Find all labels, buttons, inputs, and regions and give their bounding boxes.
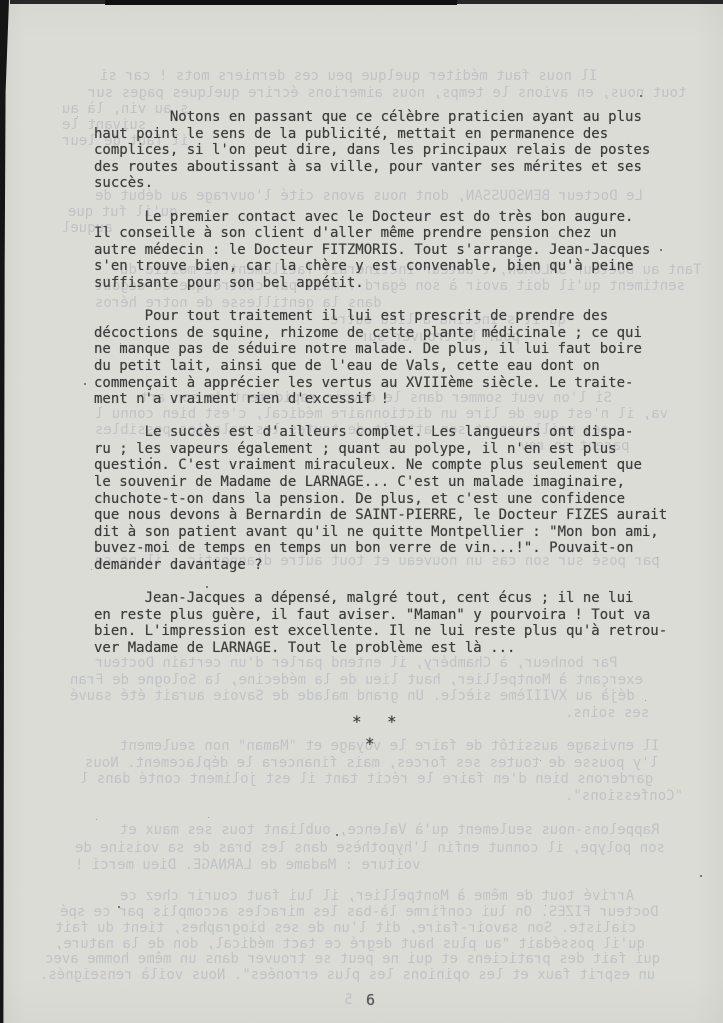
separator-asterisk: * (387, 712, 397, 731)
dust-speck (208, 817, 209, 818)
paragraph-4: Le succès est d'ailleurs complet. Les la… (94, 424, 667, 573)
bleed-through-line: 5 (344, 992, 352, 1009)
bleed-through-line: voiture : Madame de LARNAGE. Dieu merci … (75, 857, 421, 874)
dust-speck (150, 457, 152, 459)
bleed-through-line: exerçant à Montpellier, haut lieu de la … (70, 672, 643, 689)
paragraph-2: Le premier contact avec le Docteur est d… (94, 209, 667, 292)
dust-speck (700, 875, 702, 877)
bleed-through-line: qu'il possédait "au plus haut degré ce t… (55, 936, 645, 953)
bleed-through-line: Arrivé tout de même à Montpellier, il lu… (120, 888, 634, 905)
dust-speck (84, 383, 86, 385)
separator-asterisk: * (352, 712, 362, 731)
paragraph-5: Jean-Jacques a dépensé, malgré tout, cen… (94, 590, 667, 656)
paragraph-3: Pour tout traitement il lui est prescrit… (94, 308, 667, 408)
scan-border-left (0, 0, 9, 1023)
dust-speck (120, 343, 121, 344)
dust-speck (657, 557, 658, 558)
bleed-through-line: ses soins. (565, 705, 649, 722)
separator-asterisk: * (365, 734, 375, 753)
dust-speck (96, 819, 97, 820)
dust-speck (645, 700, 646, 701)
bleed-through-line: déjà au XVIIIème siècle. Un grand malade… (70, 688, 635, 705)
dust-speck (363, 487, 364, 488)
typewritten-text: Notons en passant que ce célèbre pratici… (94, 109, 667, 657)
bleed-through-line: Docteur FIZES. On lui confirme là-bas le… (60, 904, 658, 921)
dust-speck (540, 760, 541, 761)
paragraph-1: Notons en passant que ce célèbre pratici… (94, 109, 667, 192)
bleed-through-line: un esprit faux et les opinions les plus … (40, 967, 655, 984)
dust-speck (118, 906, 120, 908)
bleed-through-line: son polype, il connut enfin l'hypothèse … (75, 840, 665, 857)
bleed-through-line: l'y pousse de toutes ses forces, mais fi… (85, 755, 658, 772)
bleed-through-line: tout nous, en avions le temps, nous aime… (88, 85, 686, 102)
dust-speck (336, 834, 338, 836)
dust-speck (77, 116, 78, 117)
dust-speck (545, 905, 546, 906)
bleed-through-line: Il envisage aussitôt de faire le voyage … (120, 738, 659, 755)
dust-speck (480, 930, 481, 931)
dust-speck (660, 249, 662, 251)
bleed-through-line: cialiste. Son savoir-faire, dit l'un de … (55, 920, 637, 937)
scanned-document-page: Il nous faut méditer quelque peu ces der… (0, 0, 723, 1023)
bleed-through-line: "Confessions". (565, 788, 683, 805)
dust-speck (333, 250, 334, 251)
bleed-through-line: garderons bien d'en faire le récit tant … (80, 771, 653, 788)
dust-speck (206, 586, 208, 588)
bleed-through-line: Il nous faut méditer quelque peu ces der… (100, 68, 597, 85)
dust-speck (91, 569, 92, 570)
dust-speck (640, 95, 642, 97)
bleed-through-line: qui fait des praticiens et qui ne peut s… (45, 951, 660, 968)
bleed-through-line: Par bonheur, à Chambéry, il entend parle… (95, 655, 618, 672)
scan-border-top-dark-segment (105, 0, 457, 5)
page-number: 6 (366, 991, 375, 1009)
bleed-through-line: Rappelons-nous seulement qu'à Valence, o… (120, 822, 659, 839)
